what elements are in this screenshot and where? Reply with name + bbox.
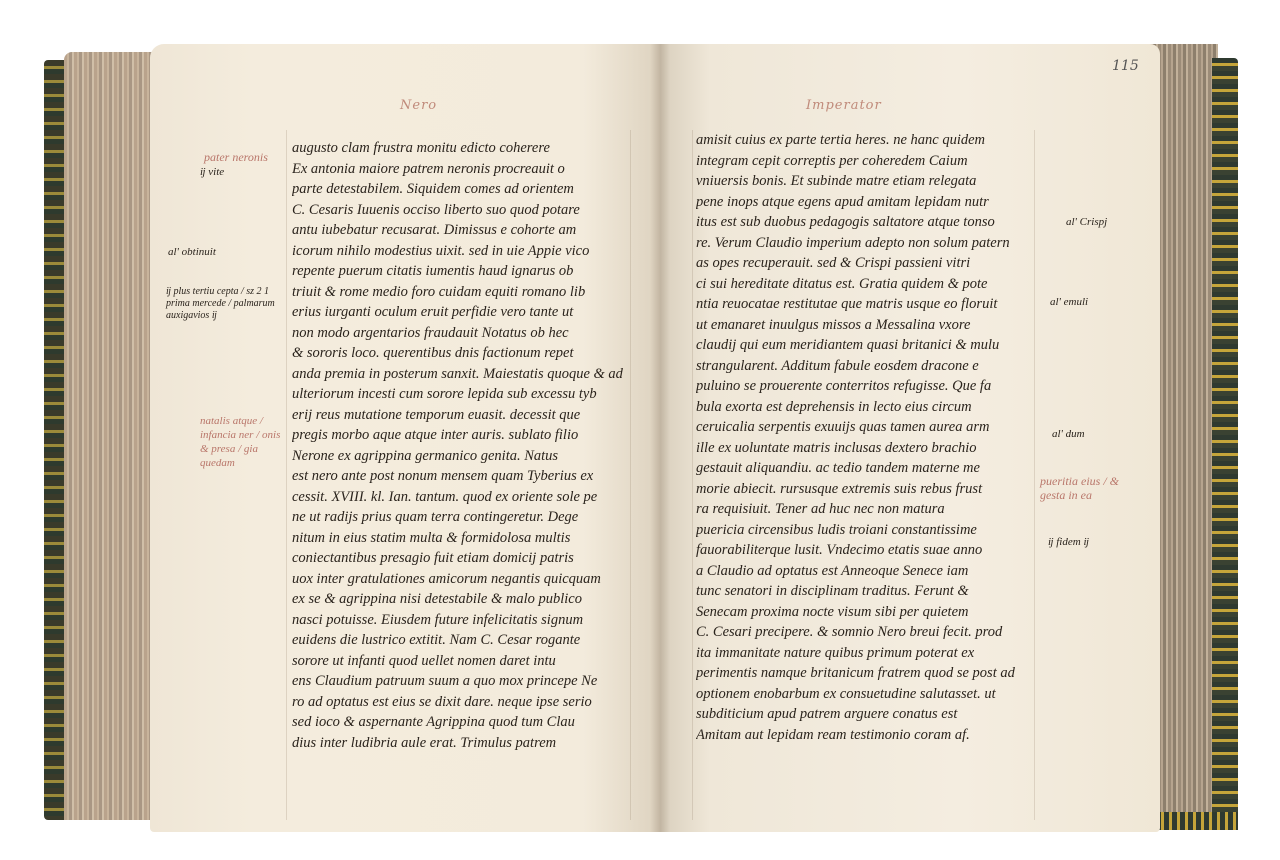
text-line: est nero ante post nonum mensem quam Tyb… <box>292 466 632 487</box>
text-line: C. Cesaris Iuuenis occiso liberto suo qu… <box>292 200 632 221</box>
text-line: coniectantibus presagio fuit etiam domic… <box>292 548 632 569</box>
right-cover-gilt-edge <box>1212 58 1238 830</box>
running-head-right: Imperator <box>806 98 882 113</box>
open-manuscript-book: Nero pater neronis ĳ vite al' obtinuit ĳ… <box>0 0 1280 860</box>
text-line: ne ut radijs prius quam terra contingere… <box>292 507 632 528</box>
text-line: as opes recuperauit. sed & Crispi passie… <box>696 253 1036 274</box>
gutter-shadow <box>650 44 670 832</box>
text-line: anda premia in posterum sanxit. Maiestat… <box>292 364 632 385</box>
text-line: tunc senatori in disciplinam traditus. F… <box>696 581 1036 602</box>
marginal-note: al' obtinuit <box>168 246 216 259</box>
right-text-column: amisit cuius ex parte tertia heres. ne h… <box>696 130 1036 745</box>
text-line: gestauit aliquandiu. ac tedio tandem mat… <box>696 458 1036 479</box>
text-line: ntia reuocatae restitutae que matris usq… <box>696 294 1036 315</box>
running-head-left: Nero <box>400 98 437 113</box>
text-line: non modo argentarios fraudauit Notatus o… <box>292 323 632 344</box>
text-line: erius iurganti oculum eruit perfidie ver… <box>292 302 632 323</box>
marginal-rubric: pueritia eius / & gesta in ea <box>1040 474 1140 502</box>
marginal-note: al' emuli <box>1050 296 1088 309</box>
text-line: sorore ut infanti quod uellet nomen dare… <box>292 651 632 672</box>
text-line: ens Claudium patruum suum a quo mox prin… <box>292 671 632 692</box>
text-line: optionem enobarbum ex consuetudine salut… <box>696 684 1036 705</box>
text-line: parte detestabilem. Siquidem comes ad or… <box>292 179 632 200</box>
text-line: ille ex uoluntate matris inclusas dexter… <box>696 438 1036 459</box>
right-ruling-line <box>692 130 693 820</box>
text-line: antu iubebatur recusarat. Dimissus e coh… <box>292 220 632 241</box>
text-line: puluino se prouerente conterritos refugi… <box>696 376 1036 397</box>
text-line: triuit & rome medio foro cuidam equiti r… <box>292 282 632 303</box>
folio-number: 115 <box>1112 58 1139 74</box>
text-line: ra requisiuit. Tener ad huc nec non matu… <box>696 499 1036 520</box>
text-line: vniuersis bonis. Et subinde matre etiam … <box>696 171 1036 192</box>
text-line: ci sui hereditate ditatus est. Gratia qu… <box>696 274 1036 295</box>
text-line: ita immanitate nature quibus primum pote… <box>696 643 1036 664</box>
text-line: puericia circensibus ludis troiani const… <box>696 520 1036 541</box>
text-line: bula exorta est deprehensis in lecto eiu… <box>696 397 1036 418</box>
text-line: sed ioco & aspernante Agrippina quod tum… <box>292 712 632 733</box>
text-line: morie abiecit. rursusque extremis suis r… <box>696 479 1036 500</box>
text-line: perimentis namque britanicum fratrem quo… <box>696 663 1036 684</box>
text-line: uox inter gratulationes amicorum neganti… <box>292 569 632 590</box>
marginal-rubric: pater neronis <box>204 150 268 164</box>
text-line: ro ad optatus est eius se dixit dare. ne… <box>292 692 632 713</box>
text-line: augusto clam frustra monitu edicto coher… <box>292 138 632 159</box>
text-line: strangularent. Additum fabule eosdem dra… <box>696 356 1036 377</box>
text-line: integram cepit correptis per coheredem C… <box>696 151 1036 172</box>
left-page-edges <box>64 52 164 820</box>
marginal-note: al' Crispj <box>1066 216 1107 229</box>
marginal-rubric: natalis atque / infancia ner / onis & pr… <box>200 414 285 470</box>
text-line: icorum nihilo modestius uixit. sed in ui… <box>292 241 632 262</box>
text-line: nitum in eius statim multa & formidolosa… <box>292 528 632 549</box>
text-line: Senecam proxima nocte visum sibi per qui… <box>696 602 1036 623</box>
text-line: pregis morbo aque atque inter auris. sub… <box>292 425 632 446</box>
text-line: claudij qui eum meridiantem quasi britan… <box>696 335 1036 356</box>
text-line: a Claudio ad optatus est Anneoque Senece… <box>696 561 1036 582</box>
text-line: Nerone ex agrippina germanico genita. Na… <box>292 446 632 467</box>
marginal-note: al' dum <box>1052 428 1085 441</box>
text-line: Amitam aut lepidam ream testimonio coram… <box>696 725 1036 746</box>
text-line: nasci potuisse. Eiusdem future infelicit… <box>292 610 632 631</box>
text-line: erij reus mutatione temporum euasit. dec… <box>292 405 632 426</box>
text-line: pene inops atque egens apud amitam lepid… <box>696 192 1036 213</box>
marginal-note: ĳ vite <box>200 166 224 179</box>
text-line: ceruicalia serpentis exuuijs quas tamen … <box>696 417 1036 438</box>
text-line: ulteriorum incesti cum sorore lepida sub… <box>292 384 632 405</box>
text-line: ut emanaret inuulgus missos a Messalina … <box>696 315 1036 336</box>
text-line: amisit cuius ex parte tertia heres. ne h… <box>696 130 1036 151</box>
text-line: fauorabiliterque lusit. Vndecimo etatis … <box>696 540 1036 561</box>
text-line: dius inter ludibria aule erat. Trimulus … <box>292 733 632 754</box>
text-line: itus est sub duobus pedagogis saltatore … <box>696 212 1036 233</box>
text-line: Ex antonia maiore patrem neronis procrea… <box>292 159 632 180</box>
left-text-column: augusto clam frustra monitu edicto coher… <box>292 138 632 753</box>
text-line: C. Cesari precipere. & somnio Nero breui… <box>696 622 1036 643</box>
marginal-note: ĳ fidem ĳ <box>1048 536 1089 549</box>
text-line: subditicium apud patrem arguere conatus … <box>696 704 1036 725</box>
left-ruling-line <box>286 130 287 820</box>
text-line: cessit. XVIII. kl. Ian. tantum. quod ex … <box>292 487 632 508</box>
text-line: euidens die lustrico extitit. Nam C. Ces… <box>292 630 632 651</box>
text-line: re. Verum Claudio imperium adepto non so… <box>696 233 1036 254</box>
marginal-note: ĳ plus tertiu cepta / sz 2 1 prima merce… <box>166 286 286 322</box>
text-line: repente puerum citatis iumentis haud ign… <box>292 261 632 282</box>
text-line: & sororis loco. querentibus dnis faction… <box>292 343 632 364</box>
text-line: ex se & agrippina nisi detestabile & mal… <box>292 589 632 610</box>
